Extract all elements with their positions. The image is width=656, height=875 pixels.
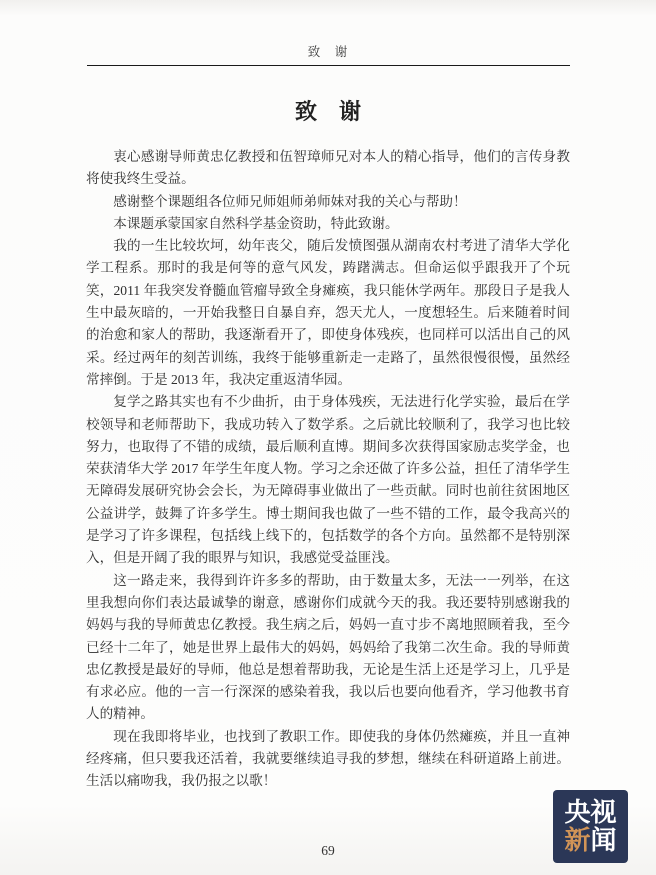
paragraph-group-thanks: 感谢整个课题组各位师兄师姐师弟师妹对我的关心与帮助！ [86,191,570,213]
logo-row-top: 央 视 [564,799,616,826]
acknowledgements-body: 衷心感谢导师黄忠亿教授和伍智璋师兄对本人的精心指导，他们的言传身教将使我终生受益… [86,146,570,793]
logo-row-bottom: 新 闻 [564,827,616,854]
paragraph-advisor-thanks: 衷心感谢导师黄忠亿教授和伍智璋师兄对本人的精心指导，他们的言传身教将使我终生受益… [86,146,570,191]
paragraph-life-story: 我的一生比较坎坷，幼年丧父，随后发愤图强从湖南农村考进了清华大学化学工程系。那时… [86,235,570,391]
running-header: 致 谢 [0,42,656,60]
page-number: 69 [321,843,335,858]
paragraph-funding-thanks: 本课题承蒙国家自然科学基金资助，特此致谢。 [86,213,570,235]
document-page: 致 谢 致 谢 衷心感谢导师黄忠亿教授和伍智璋师兄对本人的精心指导，他们的言传身… [0,0,656,875]
paragraph-mother-and-advisor: 这一路走来，我得到许许多多的帮助，由于数量太多，无法一一列举，在这里我想向你们表… [86,570,570,726]
paragraph-return-to-school: 复学之路其实也有不少曲折，由于身体残疾，无法进行化学实验，最后在学校领导和老师帮… [86,391,570,569]
cctv-news-logo: 央 视 新 闻 [553,790,628,863]
running-header-title: 致 谢 [308,45,349,59]
logo-char-wen: 闻 [591,827,617,854]
logo-char-xin: 新 [564,827,590,854]
paragraph-future: 现在我即将毕业，也找到了教职工作。即使我的身体仍然瘫痪，并且一直神经疼痛，但只要… [86,726,570,793]
logo-char-shi: 视 [591,799,617,826]
logo-char-yang: 央 [564,799,590,826]
page-title: 致 谢 [0,95,656,126]
header-rule [87,65,570,66]
